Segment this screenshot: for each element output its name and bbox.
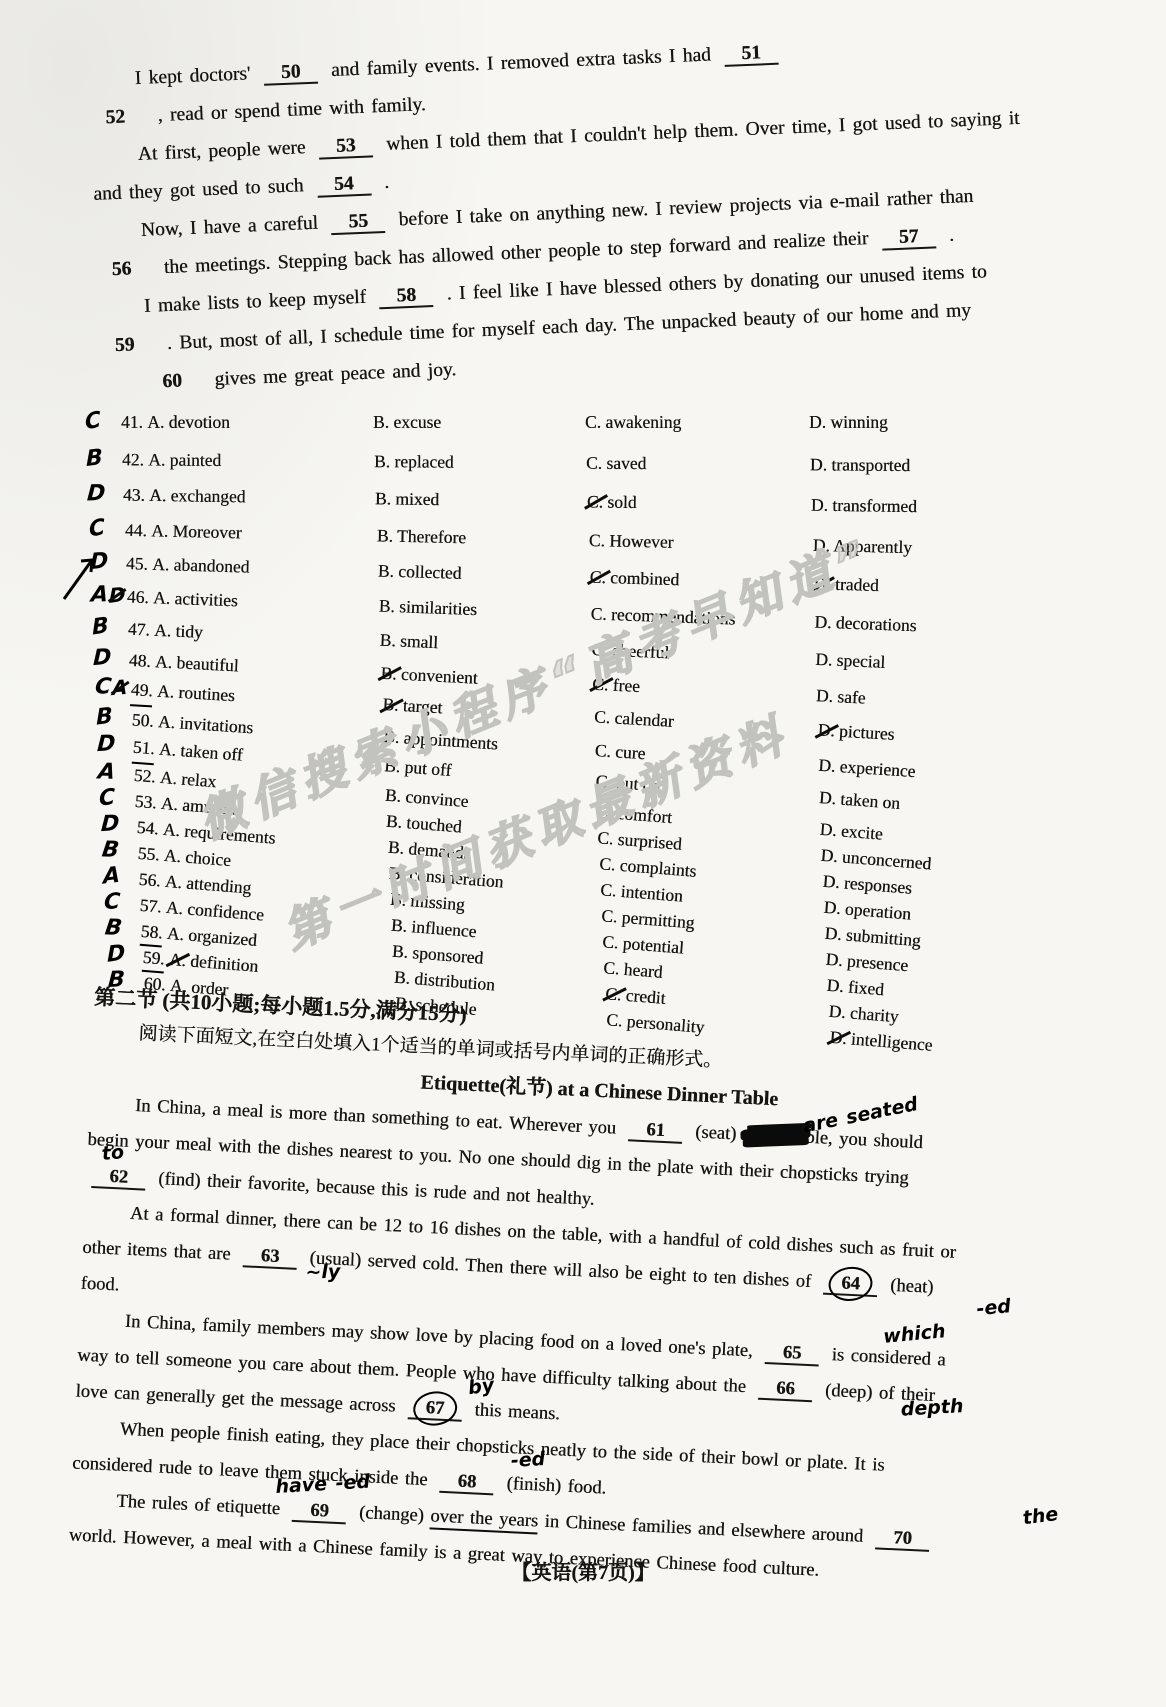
option-42-d: D. transported [810,446,1125,484]
option-text: C. However [588,523,673,559]
option-text: A. devotion [147,404,230,441]
option-46-b: B. similarities [378,590,591,630]
answer-letter: B [86,447,103,471]
crossed-answer-letter: A [112,677,128,698]
option-text: C. combined [589,561,679,597]
blank-54: 54 [316,174,371,199]
option-text: A. abandoned [152,548,250,584]
option-42-a: 42. A. painted [122,441,374,479]
blank-50: 50 [263,62,318,87]
hand-note: have -ed [275,1473,371,1497]
answer-letter: B [104,918,124,940]
question-number: 47. [127,613,150,645]
question-number: 56. [138,866,162,894]
hand-underlined-text: over the years [430,1506,539,1534]
answer-letter: B [96,705,113,729]
answer-letter: D [93,647,112,670]
blank-67: 67 [407,1398,462,1422]
option-text: D. safe [816,680,867,713]
option-text: C. cheerful [591,634,670,669]
grammar-passage: In China, a meal is more than something … [68,1086,1107,1601]
option-41-c: C. awakening [585,404,809,441]
option-44-b: B. Therefore [376,518,589,557]
option-text: A. beautiful [155,646,240,681]
handwritten-answer-54: D [100,811,138,840]
hand-note: depth [900,1397,964,1420]
handwritten-answer-53: C [98,785,136,814]
option-46-c: C. recommendations [590,598,815,638]
option-text: C. free [592,669,641,702]
hand-note: the [1022,1505,1060,1528]
handwritten-answer-47: B [91,612,128,645]
option-text: B. put off [383,752,452,784]
option-44-c: C. However [588,523,813,562]
option-text: C. cure [594,736,646,768]
option-42-b: B. replaced [374,443,586,481]
option-text: B. mixed [375,481,440,517]
question-number: 43. [123,478,145,513]
hand-note: which [883,1322,947,1347]
blank-65: 65 [765,1343,820,1367]
option-row-41: C41. A. devotionB. excuseC. awakeningD. … [85,404,1125,441]
hand-note: ~ly [305,1263,340,1283]
blank-59: 59 [99,335,150,358]
hand-note: to [101,1143,125,1164]
blank-56: 56 [96,259,147,282]
option-text: D. taken on [818,784,901,817]
option-46-d: D. decorations [814,606,1125,650]
hand-note: -ed [510,1450,545,1471]
answer-letter: B [92,615,110,640]
hand-scribble [740,1127,810,1142]
option-text: A. exchanged [149,478,246,515]
option-text: D. transformed [811,488,917,525]
option-text: B. similarities [378,590,477,626]
option-text: C. sold [587,484,637,520]
handwritten-answer-48: D [93,643,131,675]
option-text: D. decorations [814,606,917,642]
option-text: C. awakening [585,404,681,441]
handwritten-answer-49: CA [94,673,132,704]
question-number: 44. [124,513,147,548]
blank-63: 63 [243,1246,298,1270]
handwritten-answer-44: C [88,512,125,547]
handwritten-answer-51: D [96,731,134,761]
blank-70: 70 [875,1528,930,1552]
answer-letter: C [99,787,115,811]
answer-letter: D [107,943,125,967]
option-44-d: D. Apparently [812,528,1125,569]
section-2: 第二节 (共10小题;每小题1.5分,满分15分) 阅读下面短文,在空白处填入1… [68,980,1112,1601]
option-text: B. convenient [380,658,479,693]
option-43-b: B. mixed [375,481,587,519]
option-text: A. routines [156,677,235,711]
question-number: 49. [130,675,154,708]
handwritten-answer-59: D [106,941,144,970]
option-text: C. put on [595,768,662,800]
footer-page-label: 【英语(第7页)】 [0,1556,1166,1585]
answer-letter: D [96,733,115,756]
hand-arrow-mark [58,552,100,609]
option-41-b: B. excuse [373,404,585,441]
option-text: B. excuse [373,404,441,441]
blank-52: 52 [90,107,141,130]
blank-68: 68 [439,1472,494,1496]
hand-note: -ed [976,1297,1012,1319]
blank-64: 64 [823,1274,878,1298]
handwritten-answer-56: A [102,863,140,892]
answer-letter: A [103,865,120,889]
question-number: 57. [139,892,163,920]
question-number: 42. [122,441,144,477]
option-text: A. Moreover [150,514,241,550]
handwritten-answer-41: C [85,404,121,441]
blank-60: 60 [147,371,198,394]
option-text: C. recommendations [590,598,736,636]
option-text: D. special [815,644,886,678]
question-number: 51. [132,734,156,765]
answer-letter: C [84,409,102,434]
handwritten-answer-43: D [87,477,124,513]
handwritten-answer-42: B [86,441,122,477]
option-43-c: C. sold [587,484,811,522]
answer-letter: C [88,517,105,542]
question-number: 46. [126,581,149,614]
question-number: 52. [133,762,157,790]
option-text: D. traded [813,568,879,603]
option-41-d: D. winning [809,404,1125,441]
option-42-c: C. saved [586,445,810,483]
option-45-b: B. collected [377,555,590,594]
cloze-passage-top: I kept doctors' 50 and family events. I … [88,19,1143,403]
option-44-a: 44. A. Moreover [124,513,377,553]
option-text: B. small [379,624,439,658]
question-number: 55. [137,840,161,868]
blank-62: 62 [91,1167,146,1191]
blank-55: 55 [331,211,386,236]
question-number: 53. [134,788,158,816]
option-text: B. target [381,690,443,723]
question-number: 54. [135,814,159,842]
option-text: B. collected [377,555,462,591]
option-41-a: 41. A. devotion [121,404,373,441]
answer-letter: B [100,840,120,862]
option-text: A. tidy [154,614,204,647]
handwritten-answer-50: B [95,703,133,734]
handwritten-answer-57: C [103,889,141,918]
hand-note: by [467,1376,495,1398]
option-text: C. saved [586,445,647,481]
question-number: 50. [131,705,155,735]
option-text: B. replaced [374,443,454,480]
blank-58: 58 [379,285,434,310]
option-text: D. pictures [816,716,894,750]
answer-letter: C [93,677,112,699]
answer-letter: D [87,483,107,506]
option-text: D. transported [810,446,910,483]
option-text: D. Apparently [812,528,912,564]
option-43-d: D. transformed [811,488,1125,528]
option-row-42: B42. A. paintedB. replacedC. savedD. tra… [86,441,1125,485]
answer-letter: C [103,891,120,914]
exam-page: I kept doctors' 50 and family events. I … [0,0,1166,1707]
option-text: B. Therefore [376,518,466,554]
option-47-c: C. cheerful [591,634,816,675]
option-text: A. painted [148,441,221,478]
blank-53: 53 [318,135,373,160]
blank-51: 51 [724,43,779,68]
answer-letter: D [100,814,120,837]
options-grid: C41. A. devotionB. excuseC. awakeningD. … [85,404,1125,993]
option-45-c: C. combined [589,561,814,601]
question-number: 48. [129,645,152,676]
blank-57: 57 [881,226,936,251]
blank-66: 66 [758,1379,813,1403]
question-number: 41. [121,404,143,441]
option-45-d: D. traded [813,568,1125,610]
option-43-a: 43. A. exchanged [123,478,375,517]
handwritten-answer-52: A [97,759,135,788]
crossed-answer-letter: D [109,585,126,607]
option-text: C. calendar [593,703,674,737]
option-text: A. activities [153,582,239,617]
answer-letter: A [97,761,117,783]
blank-61: 61 [628,1120,683,1144]
option-text: D. experience [817,751,916,786]
blank-69: 69 [292,1501,347,1525]
option-text: D. winning [809,404,888,441]
question-number: 45. [125,547,148,581]
